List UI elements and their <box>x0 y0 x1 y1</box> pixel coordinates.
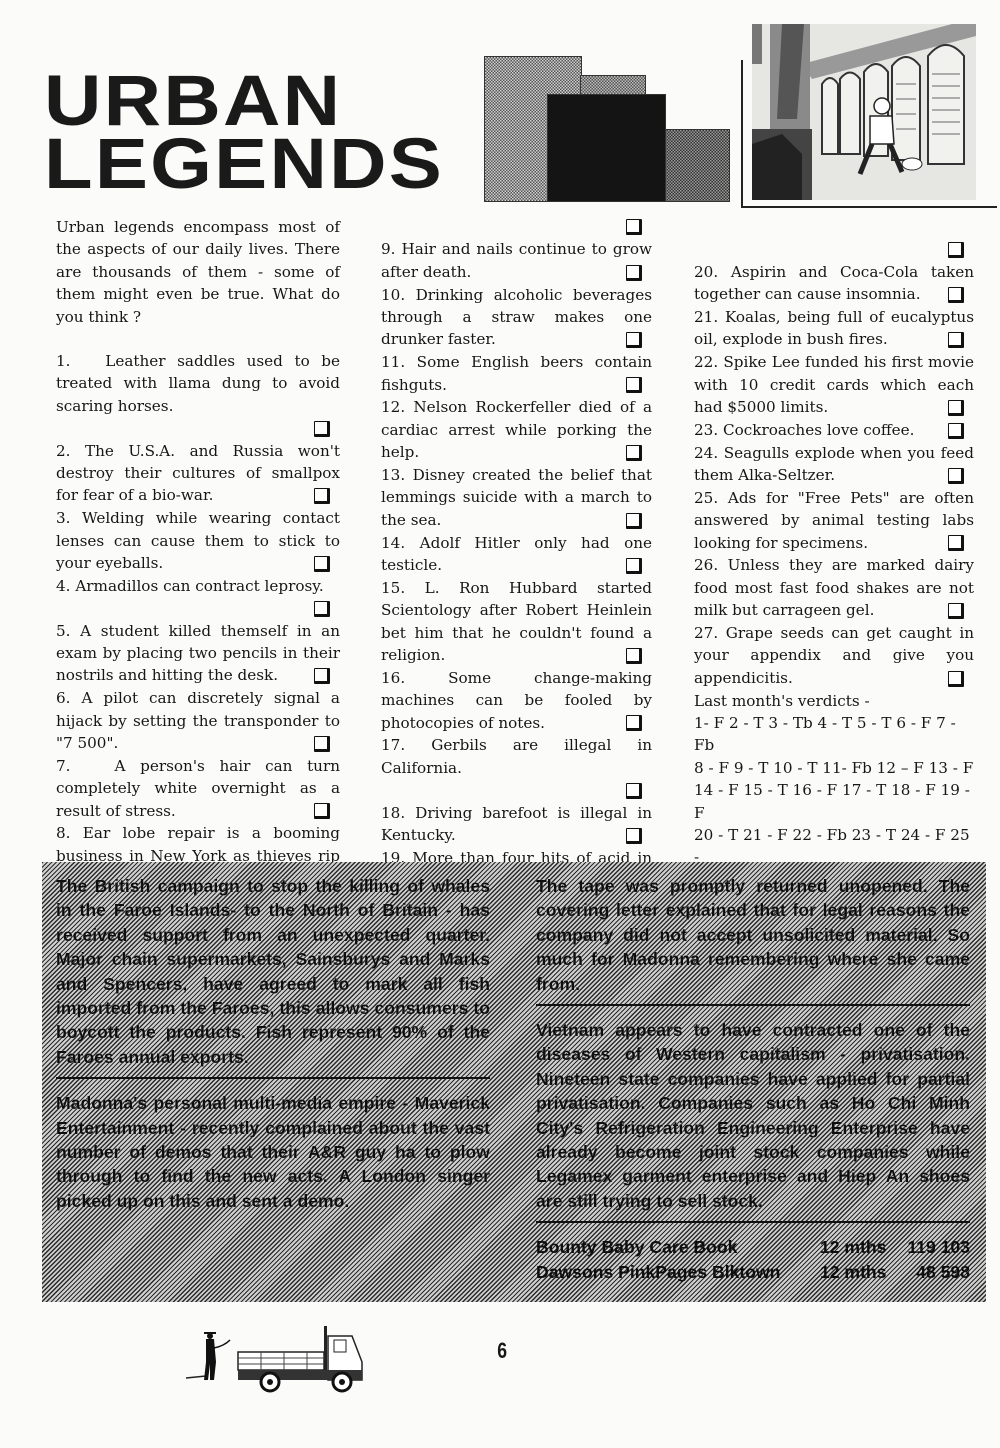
verdicts-title: Last month's verdicts - <box>694 690 974 712</box>
checkbox-23[interactable] <box>948 423 964 439</box>
checkbox-1[interactable] <box>314 421 330 437</box>
mummy-sarcophagi-icon <box>752 24 976 200</box>
checkbox-21[interactable] <box>948 332 964 348</box>
column-3: 20. Aspirin and Coca-Cola taken together… <box>694 216 974 891</box>
legend-item-15: 15. L. Ron Hubbard started Scientology a… <box>381 577 652 667</box>
page-title: URBAN LEGENDS <box>44 70 444 196</box>
stipple-block-right <box>664 129 730 202</box>
whales-article: The British campaign to stop the killing… <box>56 874 490 1069</box>
news-column-left: The British campaign to stop the killing… <box>56 874 490 1213</box>
checkbox-5[interactable] <box>314 668 330 684</box>
checkbox-20[interactable] <box>948 287 964 303</box>
checkbox-22[interactable] <box>948 400 964 416</box>
news-column-right: The tape was promptly returned unopened.… <box>536 874 970 1284</box>
column-1: Urban legends encompass most of the aspe… <box>56 216 340 890</box>
legend-item-21: 21. Koalas, being full of eucalyptus oil… <box>694 306 974 351</box>
checkbox-24[interactable] <box>948 468 964 484</box>
verdicts-line: 8 - F 9 - T 10 - T 11- Fb 12 – F 13 - F <box>694 757 974 779</box>
table-row: Dawsons PinkPages Blktown 12 mths 48 598 <box>536 1260 970 1284</box>
madonna-article-part-2: The tape was promptly returned unopened.… <box>536 874 970 996</box>
legend-item-12: 12. Nelson Rockerfeller died of a cardia… <box>381 396 652 464</box>
table-row: Bounty Baby Care Book 12 mths 119 103 <box>536 1235 970 1259</box>
legend-item-13: 13. Disney created the belief that lemmi… <box>381 464 652 532</box>
truck-illustration <box>186 1322 366 1394</box>
checkbox-10[interactable] <box>626 332 642 348</box>
illustration-frame-left <box>741 60 743 208</box>
legend-item-24: 24. Seagulls explode when you feed them … <box>694 442 974 487</box>
legend-item-2: 2. The U.S.A. and Russia won't destroy t… <box>56 440 340 508</box>
legend-item-20: 20. Aspirin and Coca-Cola taken together… <box>694 261 974 306</box>
legend-item-3: 3. Welding while wearing contact lenses … <box>56 507 340 575</box>
divider <box>56 1077 490 1079</box>
checkbox-17[interactable] <box>626 783 642 799</box>
checkbox-11[interactable] <box>626 377 642 393</box>
legend-item-16: 16. Some change-making machines can be f… <box>381 667 652 735</box>
column-2: 9. Hair and nails continue to grow after… <box>381 216 652 914</box>
checkbox-25[interactable] <box>948 535 964 551</box>
legend-item-22: 22. Spike Lee funded his first movie wit… <box>694 351 974 419</box>
checkbox-18[interactable] <box>626 828 642 844</box>
legend-item-6: 6. A pilot can discretely signal a hijac… <box>56 687 340 755</box>
title-line-1: URBAN <box>44 70 444 133</box>
tintin-cartoon-illustration <box>752 24 976 200</box>
legend-item-14: 14. Adolf Hitler only had one testicle. <box>381 532 652 577</box>
divider <box>536 1004 970 1006</box>
vietnam-article: Vietnam appears to have contracted one o… <box>536 1018 970 1213</box>
checkbox-6[interactable] <box>314 736 330 752</box>
illustration-frame-bottom <box>741 206 997 208</box>
checkbox-15[interactable] <box>626 648 642 664</box>
madonna-article-part-1: Madonna's personal multi-media empire - … <box>56 1091 490 1213</box>
legend-item-9: 9. Hair and nails continue to grow after… <box>381 238 652 283</box>
black-block <box>547 94 666 202</box>
legend-item-17: 17. Gerbils are illegal in California. <box>381 734 652 801</box>
legend-item-25: 25. Ads for "Free Pets" are often answer… <box>694 487 974 555</box>
checkbox-2[interactable] <box>314 488 330 504</box>
checkbox-8[interactable] <box>626 219 642 235</box>
legend-item-10: 10. Drinking alcoholic beverages through… <box>381 284 652 352</box>
intro-paragraph: Urban legends encompass most of the aspe… <box>56 216 340 328</box>
circulation-stats-table: Bounty Baby Care Book 12 mths 119 103 Da… <box>536 1235 970 1284</box>
verdicts-line: 14 - F 15 - T 16 - F 17 - T 18 - F 19 - … <box>694 779 974 824</box>
checkbox-3[interactable] <box>314 556 330 572</box>
legend-item-7: 7. A person's hair can turn completely w… <box>56 755 340 823</box>
divider <box>536 1221 970 1223</box>
legend-item-18: 18. Driving barefoot is illegal in Kentu… <box>381 802 652 847</box>
checkbox-19[interactable] <box>948 242 964 258</box>
checkbox-26[interactable] <box>948 603 964 619</box>
checkbox-27[interactable] <box>948 671 964 687</box>
legend-item-11: 11. Some English beers contain fishguts. <box>381 351 652 396</box>
checkbox-12[interactable] <box>626 445 642 461</box>
verdicts-line: 1- F 2 - T 3 - Tb 4 - T 5 - T 6 - F 7 - … <box>694 712 974 757</box>
legend-item-27: 27. Grape seeds can get caught in your a… <box>694 622 974 690</box>
legend-item-5: 5. A student killed themself in an exam … <box>56 620 340 688</box>
magazine-page: URBAN LEGENDS <box>0 0 1000 1448</box>
checkbox-14[interactable] <box>626 558 642 574</box>
checkbox-13[interactable] <box>626 513 642 529</box>
legend-item-1: 1. Leather saddles used to be treated wi… <box>56 350 340 440</box>
page-number: 6 <box>497 1338 507 1364</box>
legend-item-26: 26. Unless they are marked dairy food mo… <box>694 554 974 622</box>
checkbox-7[interactable] <box>314 803 330 819</box>
news-briefs-box: The British campaign to stop the killing… <box>42 862 986 1302</box>
checkbox-16[interactable] <box>626 715 642 731</box>
legend-item-4: 4. Armadillos can contract leprosy. <box>56 575 340 620</box>
checkbox-9[interactable] <box>626 265 642 281</box>
checkbox-4[interactable] <box>314 601 330 617</box>
legend-item-23: 23. Cockroaches love coffee. <box>694 419 974 442</box>
title-line-2: LEGENDS <box>44 133 444 196</box>
truck-icon <box>186 1322 366 1394</box>
